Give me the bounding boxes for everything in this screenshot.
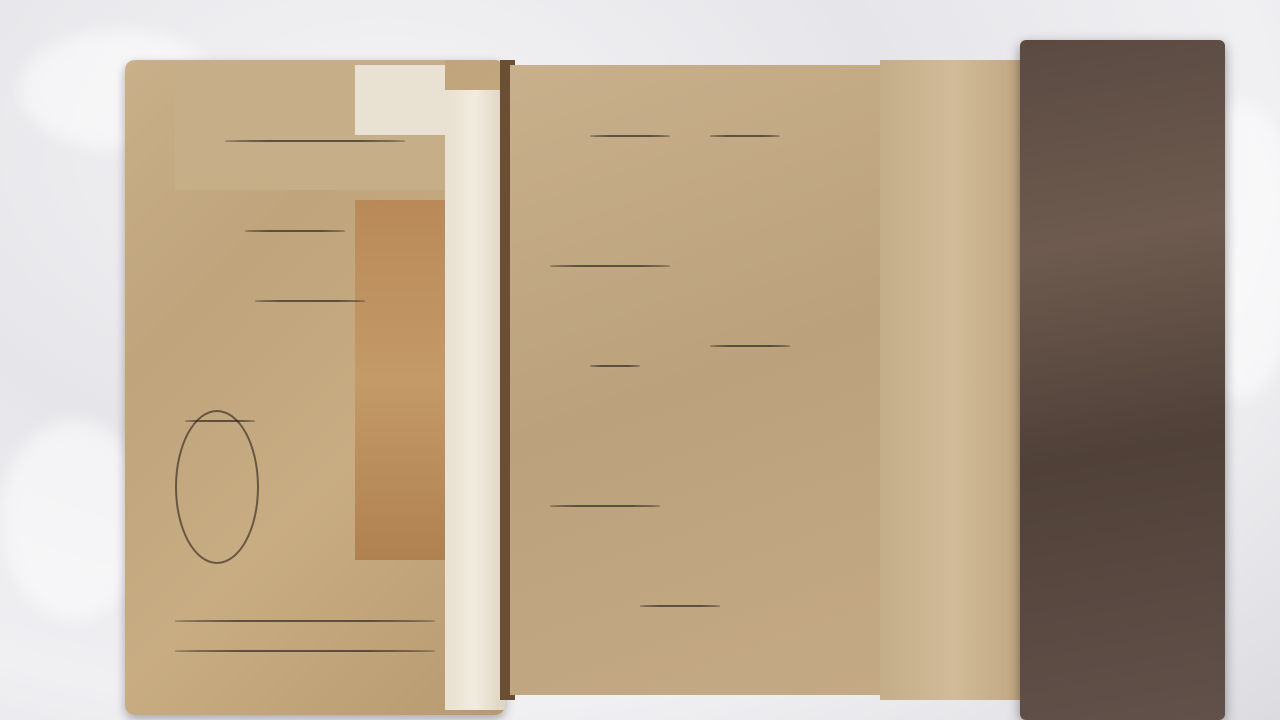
paper-strip	[445, 90, 505, 710]
manuscript-book	[120, 40, 1230, 700]
cover-inner-flap	[880, 60, 1030, 700]
seal-cartouche	[175, 410, 259, 564]
torn-area	[355, 65, 445, 135]
stain	[355, 200, 445, 560]
left-page	[125, 60, 505, 715]
right-page	[510, 65, 880, 695]
leather-cover	[1020, 40, 1225, 720]
